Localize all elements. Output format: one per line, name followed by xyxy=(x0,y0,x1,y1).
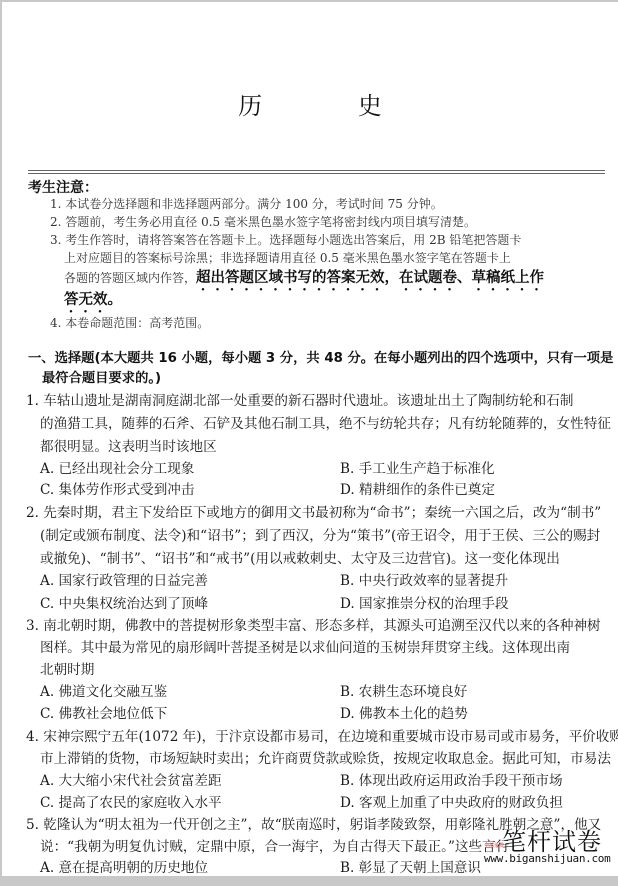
notice-item-3-cont-2-text: 各题的答题区域内作答， xyxy=(64,271,196,285)
question-1-option-d[interactable]: D. 精耕细作的条件已奠定 xyxy=(340,482,495,498)
question-5-option-b[interactable]: B. 彰显了天朝上国意识 xyxy=(340,860,481,876)
question-2-option-d[interactable]: D. 国家推崇分权的治理手段 xyxy=(340,596,509,612)
question-4-option-a[interactable]: A. 大大缩小宋代社会贫富差距 xyxy=(40,773,222,789)
notice-item-3: 3. 考生作答时，请将答案答在答题卡上。选择题每小题选出答案后，用 2B 铅笔把… xyxy=(50,232,521,248)
question-1-stem-line1: 1. 车轱山遗址是湖南洞庭湖北部一处重要的新石器时代遗址。该遗址出土了陶制纺轮和… xyxy=(26,393,573,409)
question-2-stem-line1: 2. 先秦时期，君主下发给臣下或地方的御用文书最初称为“命书”；秦统一六国之后，… xyxy=(26,505,601,521)
page-title: 历 史 xyxy=(2,86,618,121)
question-3-stem-line1: 3. 南北朝时期，佛教中的菩提树形象类型丰富、形态多样，其源头可追溯至汉代以来的… xyxy=(26,618,601,634)
question-1-stem-line3: 都很明显。这表明当时该地区 xyxy=(40,439,217,455)
notice-emphasis-line2: 答无效。 xyxy=(64,292,122,308)
header-double-rule xyxy=(28,170,605,174)
question-3-option-d[interactable]: D. 佛教本土化的趋势 xyxy=(340,706,468,722)
section-heading-line2: 最符合题目要求的。) xyxy=(42,371,161,387)
question-2-stem-line2: (制定或颁布制度、法令)和“诏书”；到了西汉，分为“策书”(帝王诏令，用于王侯、… xyxy=(40,528,600,544)
section-heading-line1: 一、选择题(本大题共 16 小题，每小题 3 分，共 48 分。在每小题列出的四… xyxy=(28,351,613,367)
notice-heading: 考生注意： xyxy=(28,177,98,197)
question-5-option-a[interactable]: A. 意在提高明朝的历史地位 xyxy=(40,860,208,876)
watermark-url[interactable]: www.biganshijuan.com xyxy=(484,852,610,865)
question-1-option-b[interactable]: B. 手工业生产趋于标准化 xyxy=(340,461,495,477)
question-3-option-a[interactable]: A. 佛道文化交融互鉴 xyxy=(40,684,167,700)
question-5-stem-line2: 说：“我朝为明复仇讨贼，定鼎中原，合一海宇，为自古得天下最正。”这些言行 xyxy=(40,839,509,855)
question-4-option-d[interactable]: D. 客观上加重了中央政府的财政负担 xyxy=(340,795,563,811)
question-1-stem-line2: 的渔猎工具，随葬的石斧、石铲及其他石制工具，绝不与纺轮共存；凡有纺轮随葬的，女性… xyxy=(40,416,611,432)
notice-item-3-cont-1: 上对应题目的答案标号涂黑；非选择题请用直径 0.5 毫米黑色墨水签字笔在答题卡上 xyxy=(64,250,511,266)
notice-item-3-cont-2: 各题的答题区域内作答，超出答题区域书写的答案无效，在试题卷、草稿纸上作 xyxy=(64,270,544,294)
question-2-stem-line3: 或撤免)、“制书”、“诏书”和“戒书”(用以戒敕刺史、太守及三边营官)。这一变化… xyxy=(40,551,560,567)
question-2-option-c[interactable]: C. 中央集权统治达到了顶峰 xyxy=(40,596,208,612)
question-3-stem-line3: 北朝时期 xyxy=(40,662,94,678)
question-4-option-c[interactable]: C. 提高了农民的家庭收入水平 xyxy=(40,795,222,811)
question-2-option-b[interactable]: B. 中央行政效率的显著提升 xyxy=(340,573,508,589)
notice-item-1: 1. 本试卷分选择题和非选择题两部分。满分 100 分，考试时间 75 分钟。 xyxy=(50,196,443,212)
question-4-stem-line1: 4. 宋神宗熙宁五年(1072 年)，于汴京设都市易司，在边境和重要城市设市易司… xyxy=(26,729,618,745)
watermark-tag: 全部免费 xyxy=(484,842,504,849)
exam-page: 历 史 考生注意： 1. 本试卷分选择题和非选择题两部分。满分 100 分，考试… xyxy=(2,2,618,876)
notice-item-2: 2. 答题前，考生务必用直径 0.5 毫米黑色墨水签字笔将密封线内项目填写清楚。 xyxy=(50,214,476,230)
question-4-stem-line2: 市上滞销的货物，市场短缺时卖出；允许商贾贷款或赊货，按规定收取息金。据此可知，市… xyxy=(40,751,611,767)
notice-emphasis-line1: 超出答题区域书写的答案无效，在试题卷、草稿纸上作 xyxy=(196,270,544,286)
question-2-option-a[interactable]: A. 国家行政管理的日益完善 xyxy=(40,573,208,589)
question-3-stem-line2: 图样。其中最为常见的扇形阔叶菩提圣树是以求仙问道的玉树崇拜贯穿主线。这体现出南 xyxy=(40,640,570,656)
question-4-option-b[interactable]: B. 体现出政府运用政治手段干预市场 xyxy=(340,773,563,789)
question-3-option-b[interactable]: B. 农耕生态环境良好 xyxy=(340,684,467,700)
question-1-option-a[interactable]: A. 已经出现社会分工现象 xyxy=(40,461,194,477)
question-3-option-c[interactable]: C. 佛教社会地位低下 xyxy=(40,706,167,722)
question-1-option-c[interactable]: C. 集体劳作形式受到冲击 xyxy=(40,482,195,498)
notice-emphasis-cont: 答无效。 xyxy=(64,292,122,316)
notice-item-4: 4. 本卷命题范围：高考范围。 xyxy=(50,315,209,331)
